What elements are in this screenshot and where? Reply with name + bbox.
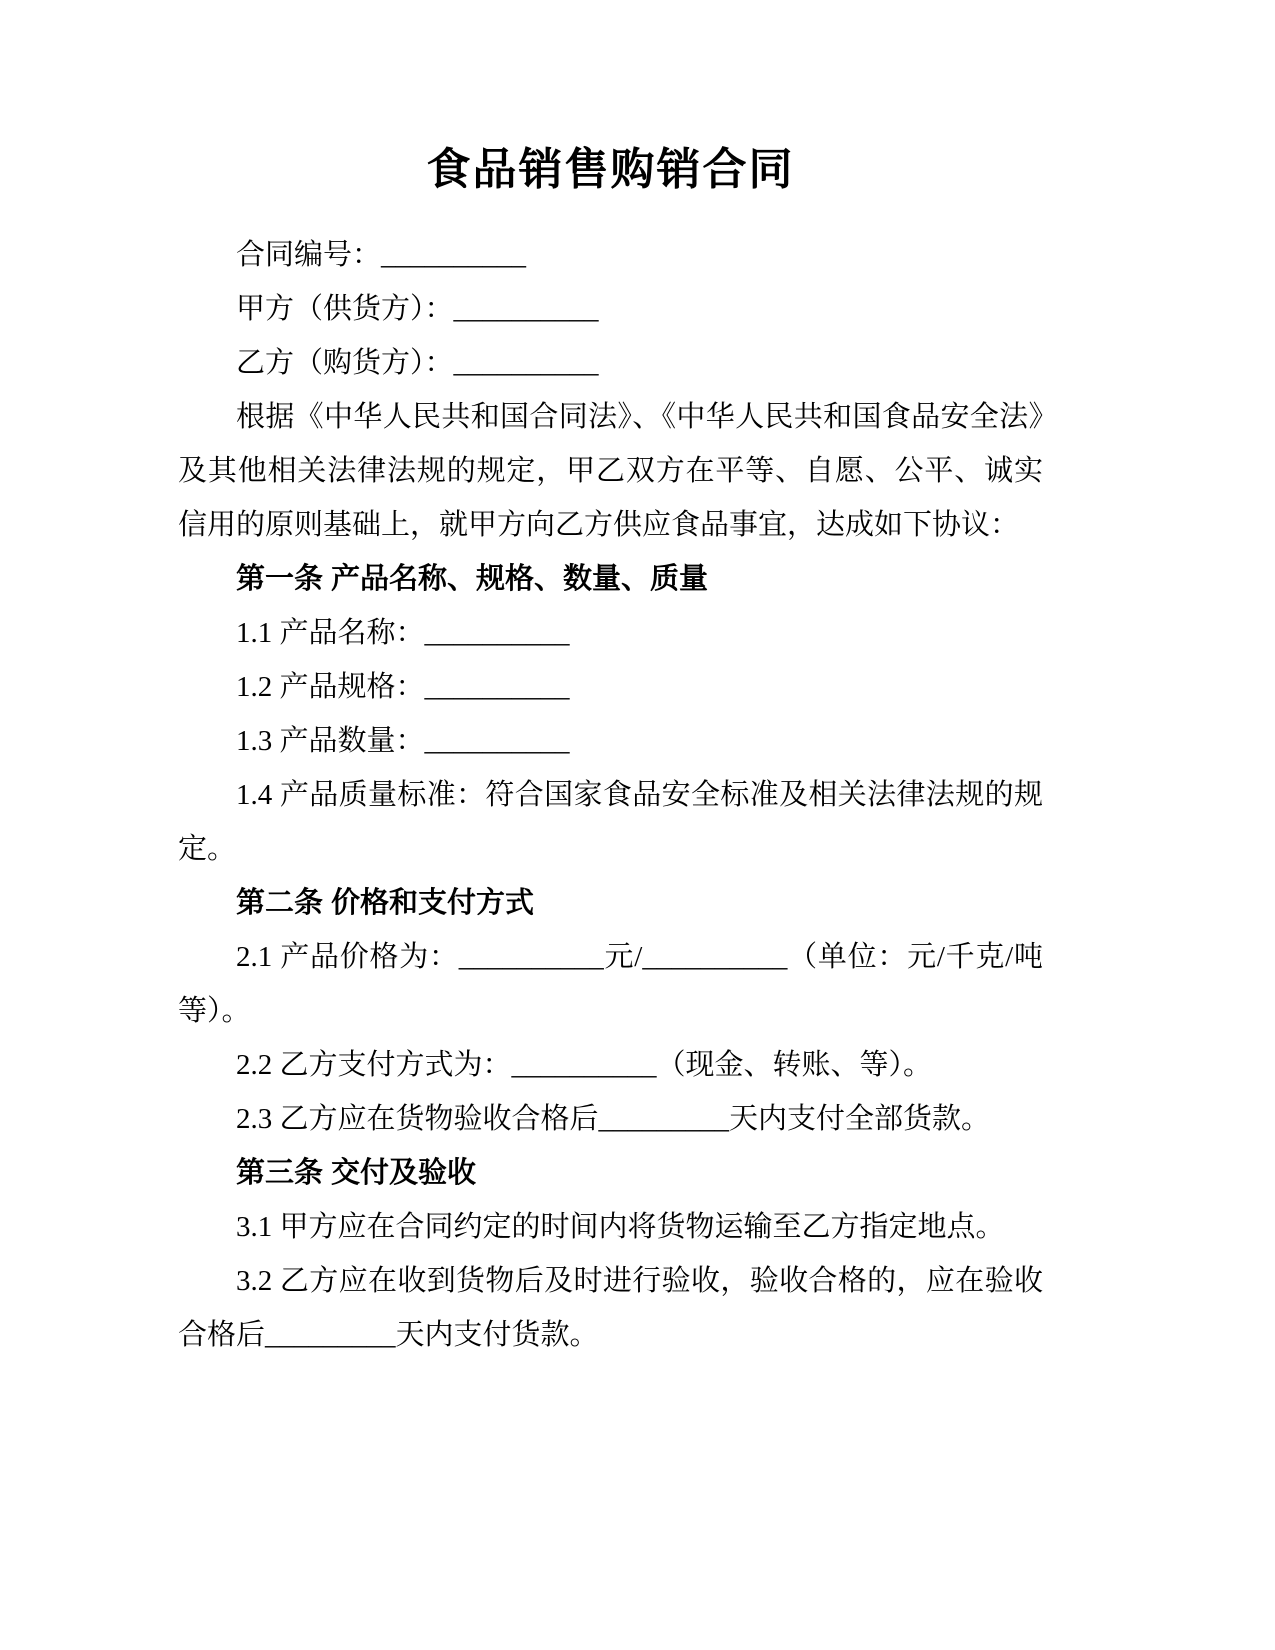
contract-number-line: 合同编号：__________ bbox=[178, 228, 1043, 282]
party-a-supplier-line: 甲方（供货方）：__________ bbox=[178, 282, 1043, 336]
clause-3-1-delivery: 3.1 甲方应在合同约定的时间内将货物运输至乙方指定地点。 bbox=[178, 1200, 1043, 1254]
contract-document-page: 食品销售购销合同 合同编号：__________ 甲方（供货方）：_______… bbox=[0, 0, 1275, 1650]
clause-2-1-product-price: 2.1 产品价格为：__________元/__________（单位：元/千克… bbox=[178, 930, 1043, 1038]
clause-1-3-product-quantity: 1.3 产品数量：__________ bbox=[178, 714, 1043, 768]
clause-3-2-inspection: 3.2 乙方应在收到货物后及时进行验收，验收合格的，应在验收合格后_______… bbox=[178, 1254, 1043, 1362]
clause-2-2-payment-method: 2.2 乙方支付方式为：__________（现金、转账、等）。 bbox=[178, 1038, 1043, 1092]
clause-2-3-payment-deadline: 2.3 乙方应在货物验收合格后_________天内支付全部货款。 bbox=[178, 1092, 1043, 1146]
section-3-heading: 第三条 交付及验收 bbox=[178, 1146, 1043, 1200]
clause-1-4-quality-standard: 1.4 产品质量标准：符合国家食品安全标准及相关法律法规的规定。 bbox=[178, 768, 1043, 876]
section-1-heading: 第一条 产品名称、规格、数量、质量 bbox=[178, 552, 1043, 606]
clause-1-2-product-spec: 1.2 产品规格：__________ bbox=[178, 660, 1043, 714]
document-title: 食品销售购销合同 bbox=[178, 132, 1043, 208]
section-2-heading: 第二条 价格和支付方式 bbox=[178, 876, 1043, 930]
clause-1-1-product-name: 1.1 产品名称：__________ bbox=[178, 606, 1043, 660]
preamble-paragraph: 根据《中华人民共和国合同法》、《中华人民共和国食品安全法》及其他相关法律法规的规… bbox=[178, 390, 1043, 552]
party-b-purchaser-line: 乙方（购货方）：__________ bbox=[178, 336, 1043, 390]
